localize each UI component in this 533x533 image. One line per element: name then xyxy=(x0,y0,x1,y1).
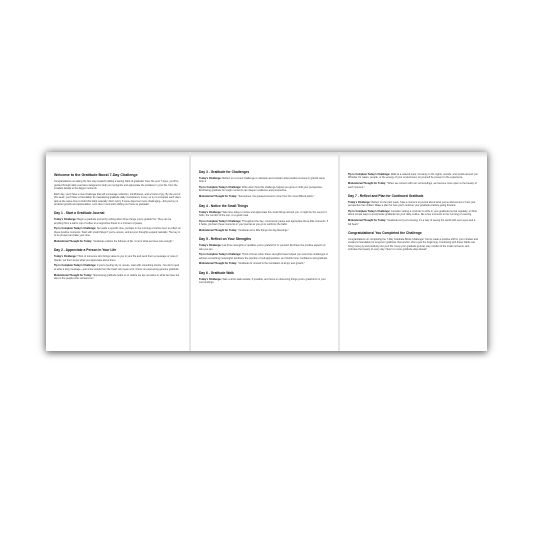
closing-paragraph: Congratulations on completing the 7-Day … xyxy=(348,238,479,252)
day-heading: Day 6 - Gratitude Walk xyxy=(199,272,330,276)
day-heading: Day 5 - Reflect on Your Strengths xyxy=(199,238,330,242)
page-2: Day 3 - Gratitude for Challenges Today's… xyxy=(189,152,338,351)
day-challenge: Today's Challenge: Take time today to no… xyxy=(199,211,330,218)
page-1: Welcome to the Gratitude Boost 7-Day Cha… xyxy=(46,152,189,351)
page-top-shadow xyxy=(191,152,338,158)
day-tip: Tip to Complete Today's Challenge: If yo… xyxy=(54,264,181,271)
day-heading: Day 7 - Reflect and Plan for Continued G… xyxy=(348,195,479,199)
day-heading: Day 3 - Gratitude for Challenges xyxy=(199,171,330,175)
day-challenge: Today's Challenge: Begin a gratitude jou… xyxy=(54,218,181,225)
day-tip: Tip to Complete Today's Challenge: Write… xyxy=(199,186,330,193)
day-challenge: Today's Challenge: Reflect on the past w… xyxy=(348,201,479,208)
closing-heading: Congratulations! You Completed the Chall… xyxy=(348,232,479,236)
day-thought: Motivational Thought for Today: "Gratitu… xyxy=(199,262,330,265)
page-3: Tip to Complete Today's Challenge: Walk … xyxy=(338,152,487,351)
page-top-shadow xyxy=(340,152,487,158)
day-thought: Motivational Thought for Today: "Gratitu… xyxy=(54,240,181,243)
intro-paragraph: Congratulations on taking the first step… xyxy=(54,180,181,190)
day-heading: Day 4 - Notice the Small Things xyxy=(199,205,330,209)
day-tip: Tip to Complete Today's Challenge: Think… xyxy=(199,253,330,260)
document-spread: Welcome to the Gratitude Boost 7-Day Cha… xyxy=(46,152,487,351)
day-challenge: Today's Challenge: Think of someone who … xyxy=(54,255,181,262)
day-thought: Motivational Thought for Today: "Express… xyxy=(54,274,181,281)
day-tip: Tip to Complete Today's Challenge: Set a… xyxy=(54,227,181,237)
day-thought: Motivational Thought for Today: "Sometim… xyxy=(199,195,330,198)
day-challenge: Today's Challenge: Reflect on a recent c… xyxy=(199,177,330,184)
document-title: Welcome to the Gratitude Boost 7-Day Cha… xyxy=(54,173,181,177)
day-thought: Motivational Thought for Today: "Gratitu… xyxy=(199,229,330,232)
day-challenge: Today's Challenge: List three strengths … xyxy=(199,244,330,251)
day-heading: Day 2 - Appreciate a Person in Your Life xyxy=(54,249,181,253)
day-tip: Tip to Complete Today's Challenge: Walk … xyxy=(348,173,479,180)
day-tip: Tip to Complete Today's Challenge: Consi… xyxy=(348,210,479,217)
day-challenge: Today's Challenge: Take a short walk out… xyxy=(199,278,330,285)
day-tip: Tip to Complete Today's Challenge: Throu… xyxy=(199,220,330,227)
day-heading: Day 1 - Start a Gratitude Journal xyxy=(54,212,181,216)
day-thought: Motivational Thought for Today: "When we… xyxy=(348,182,479,189)
day-thought: Motivational Thought for Today: "Gratitu… xyxy=(348,219,479,226)
page-top-shadow xyxy=(46,152,189,158)
intro-paragraph: Each day, you'll have a new challenge th… xyxy=(54,193,181,207)
